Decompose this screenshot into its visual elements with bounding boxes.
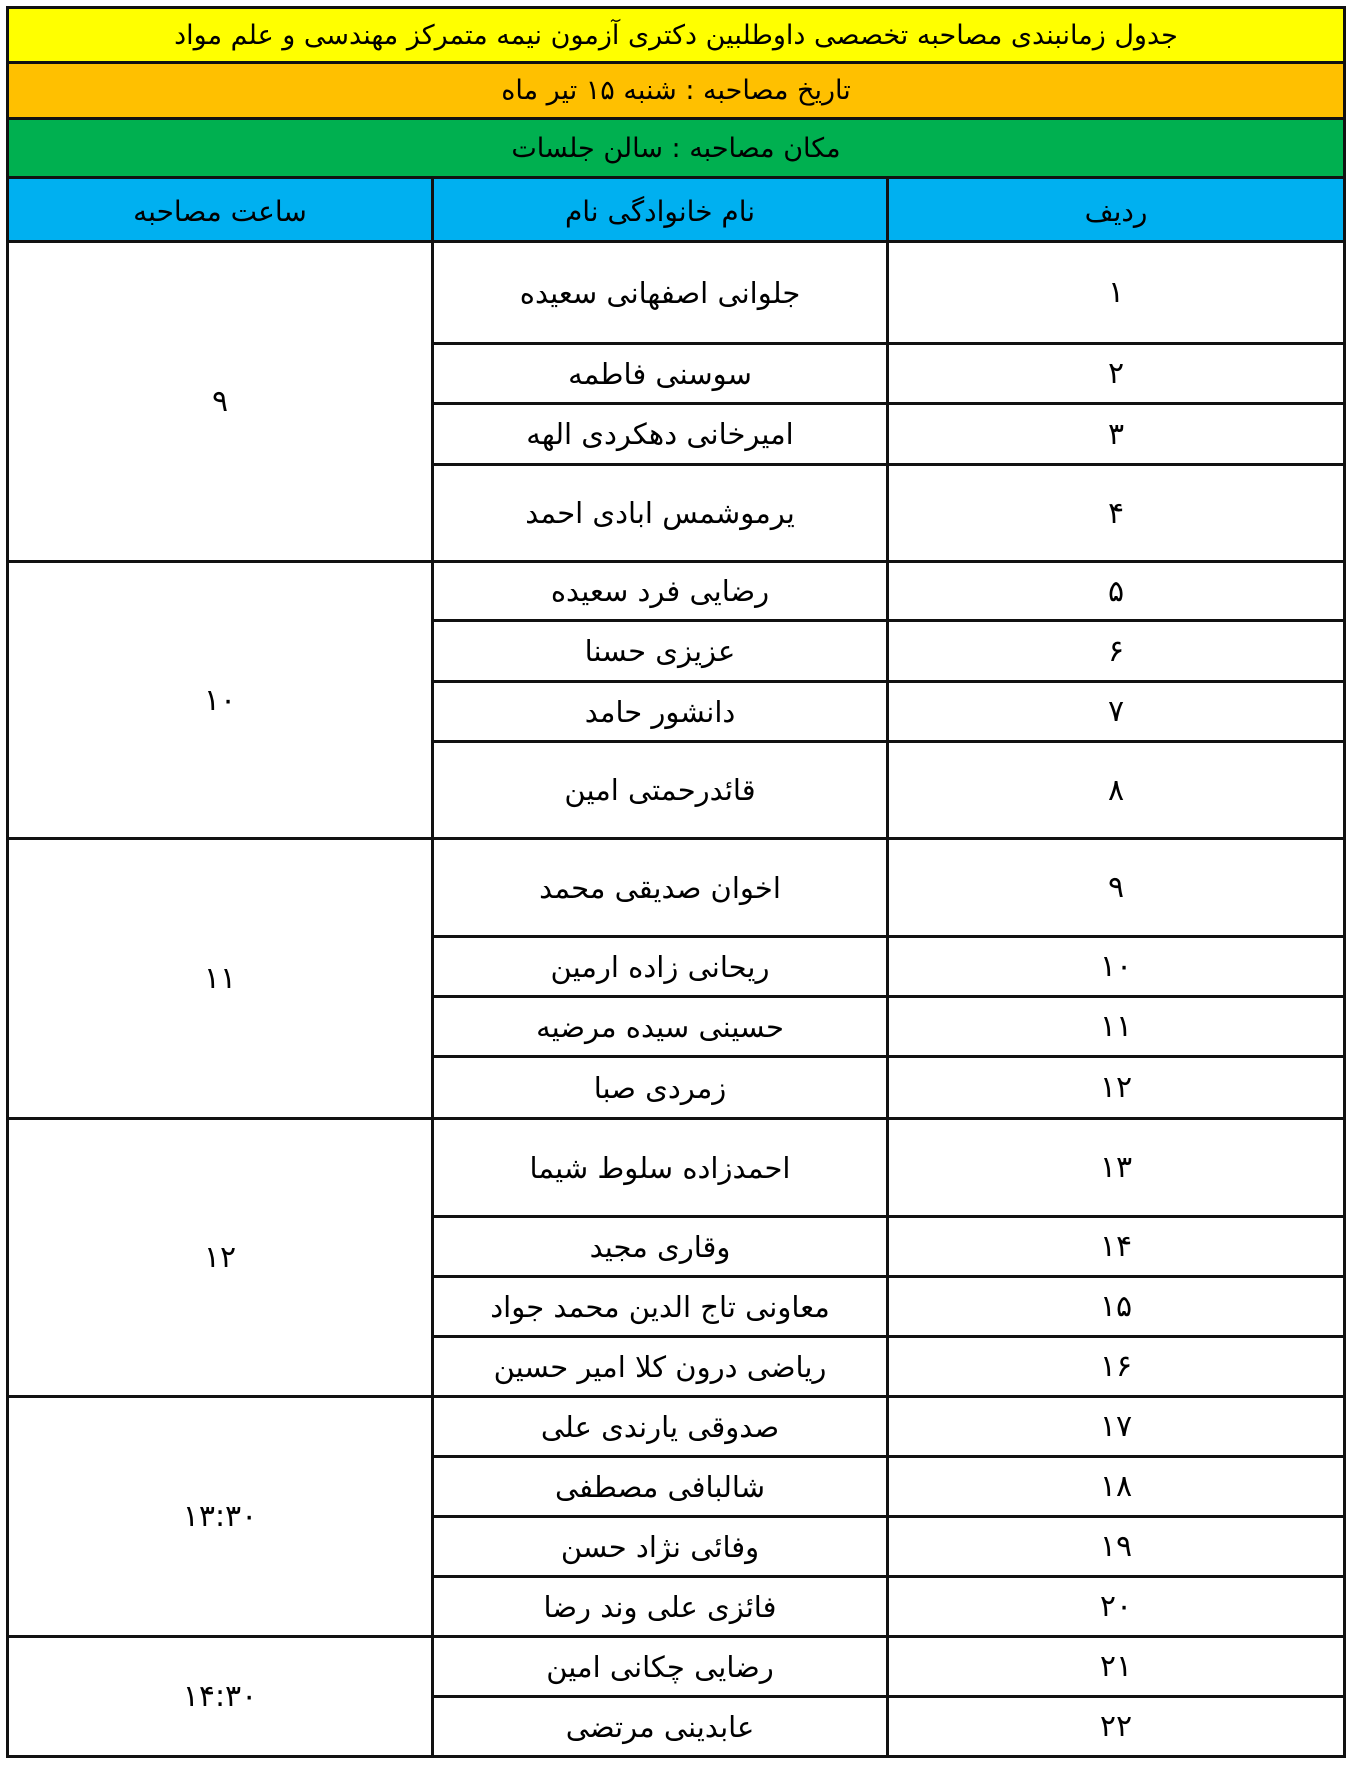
candidate-name: فائزی علی وند رضا	[431, 1575, 889, 1638]
row-number: ۲۱	[886, 1635, 1346, 1698]
row-number: ۵	[886, 560, 1346, 622]
row-number: ۸	[886, 740, 1346, 840]
row-number: ۱۵	[886, 1275, 1346, 1338]
interview-time: ۹	[6, 240, 434, 563]
candidate-name: معاونی تاج الدین محمد جواد	[431, 1275, 889, 1338]
column-header-row: ردیف	[886, 176, 1346, 246]
candidate-name: شالبافی مصطفی	[431, 1455, 889, 1518]
candidate-name: وفائی نژاد حسن	[431, 1515, 889, 1578]
interview-time: ۱۳:۳۰	[6, 1395, 434, 1638]
candidate-name: رضایی فرد سعیده	[431, 560, 889, 622]
row-number: ۳	[886, 402, 1346, 466]
candidate-name: ریحانی زاده ارمین	[431, 935, 889, 998]
candidate-name: احمدزاده سلوط شیما	[431, 1117, 889, 1218]
interview-time: ۱۱	[6, 837, 434, 1120]
row-number: ۱۲	[886, 1055, 1346, 1120]
row-number: ۱۸	[886, 1455, 1346, 1518]
row-number: ۱	[886, 240, 1346, 345]
candidate-name: امیرخانی دهکردی الهه	[431, 402, 889, 466]
interview-time: ۱۰	[6, 560, 434, 840]
candidate-name: یرموشمس ابادی احمد	[431, 463, 889, 563]
column-header-name: نام خانوادگی نام	[431, 176, 889, 246]
candidate-name: عزیزی حسنا	[431, 619, 889, 683]
candidate-name: زمردی صبا	[431, 1055, 889, 1120]
candidate-name: دانشور حامد	[431, 680, 889, 743]
interview-time: ۱۲	[6, 1117, 434, 1398]
candidate-name: سوسنی فاطمه	[431, 342, 889, 405]
row-number: ۱۳	[886, 1117, 1346, 1218]
table-title: جدول زمانبندی مصاحبه تخصصی داوطلبین دکتر…	[6, 6, 1346, 64]
row-number: ۱۰	[886, 935, 1346, 998]
candidate-name: جلوانی اصفهانی سعیده	[431, 240, 889, 345]
row-number: ۱۶	[886, 1335, 1346, 1398]
interview-time: ۱۴:۳۰	[6, 1635, 434, 1758]
row-number: ۱۹	[886, 1515, 1346, 1578]
row-number: ۲	[886, 342, 1346, 405]
row-number: ۹	[886, 837, 1346, 938]
candidate-name: حسینی سیده مرضیه	[431, 995, 889, 1058]
row-number: ۴	[886, 463, 1346, 563]
row-number: ۱۷	[886, 1395, 1346, 1458]
row-number: ۱۱	[886, 995, 1346, 1058]
candidate-name: رضایی چکانی امین	[431, 1635, 889, 1698]
interview-date: تاریخ مصاحبه : شنبه ۱۵ تیر ماه	[6, 61, 1346, 120]
row-number: ۲۲	[886, 1695, 1346, 1758]
row-number: ۶	[886, 619, 1346, 683]
candidate-name: صدوقی یارندی علی	[431, 1395, 889, 1458]
row-number: ۱۴	[886, 1215, 1346, 1278]
candidate-name: وقاری مجید	[431, 1215, 889, 1278]
interview-place: مکان مصاحبه : سالن جلسات	[6, 117, 1346, 179]
candidate-name: عابدینی مرتضی	[431, 1695, 889, 1758]
row-number: ۲۰	[886, 1575, 1346, 1638]
column-header-time: ساعت مصاحبه	[6, 176, 434, 246]
candidate-name: اخوان صدیقی محمد	[431, 837, 889, 938]
row-number: ۷	[886, 680, 1346, 743]
candidate-name: ریاضی درون کلا امیر حسین	[431, 1335, 889, 1398]
candidate-name: قائدرحمتی امین	[431, 740, 889, 840]
